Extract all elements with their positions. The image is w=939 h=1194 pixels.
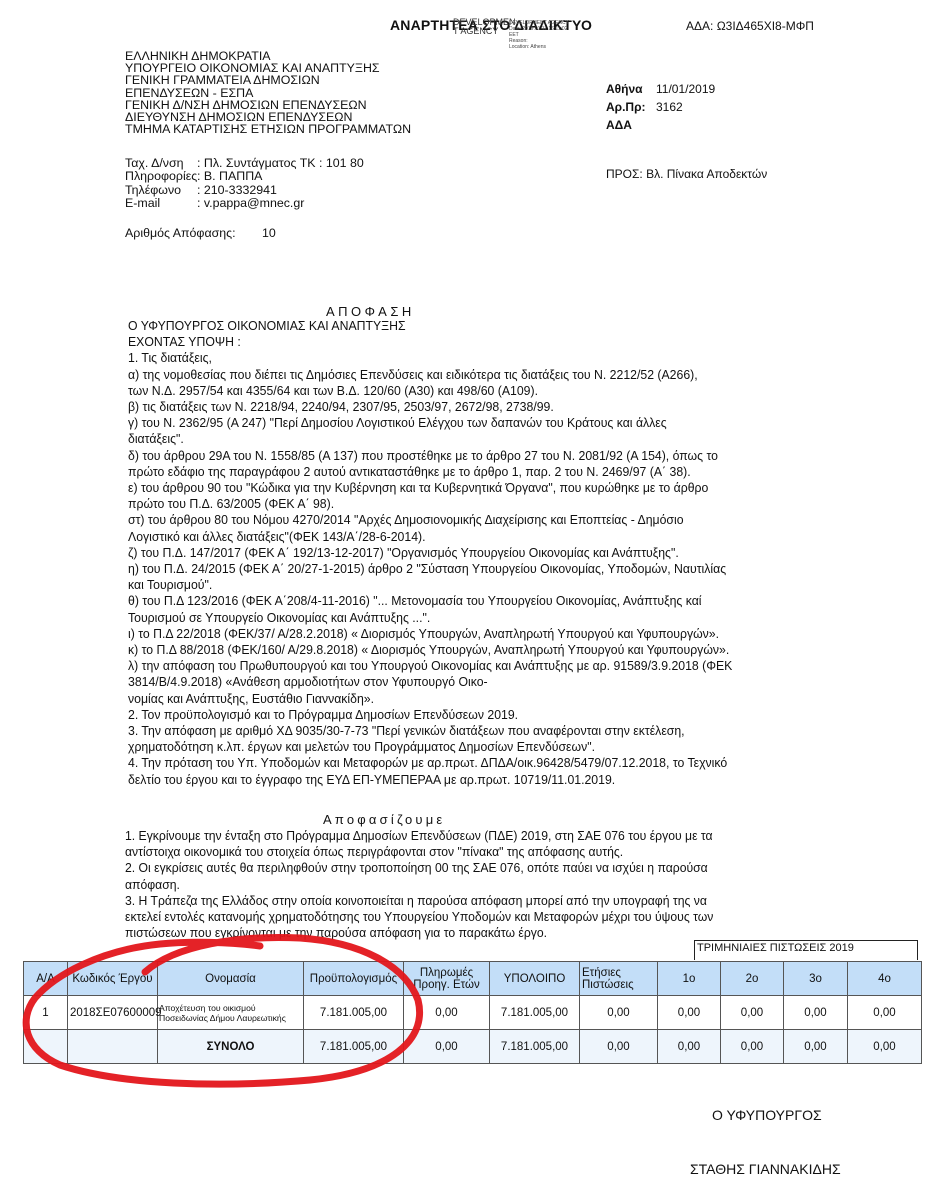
- total-cell: 7.181.005,00: [490, 1030, 580, 1064]
- table-cell: 2018ΣΕ07600009: [68, 996, 158, 1030]
- project-financial-table: Α/ΑΚωδικός ΈργουΟνομασίαΠροϋπολογισμόςΠλ…: [23, 961, 922, 1064]
- city-label: Αθήνα: [606, 80, 652, 98]
- body-line: Τουρισμού σε Υπουργείο Οικονομίας και Αν…: [128, 610, 818, 626]
- contact-block: Ταχ. Δ/νση: Πλ. Συντάγματος ΤΚ : 101 80 …: [125, 157, 364, 211]
- decision-number: Αριθμός Απόφασης: 10: [125, 226, 276, 240]
- column-header: Ετήσιες Πιστώσεις: [580, 962, 658, 996]
- body-line: ι) το Π.Δ 22/2018 (ΦΕΚ/37/ Α/28.2.2018) …: [128, 626, 818, 642]
- total-cell: 7.181.005,00: [304, 1030, 404, 1064]
- decisions-text: 1. Εγκρίνουμε την ένταξη στο Πρόγραμμα Δ…: [125, 828, 865, 941]
- body-line: γ) του Ν. 2362/95 (Α 247) "Περί Δημοσίου…: [128, 415, 818, 431]
- total-cell: [68, 1030, 158, 1064]
- body-line: των Ν.Δ. 2957/54 και 4355/64 και των Β.Δ…: [128, 383, 818, 399]
- body-line: κ) το Π.Δ 88/2018 (ΦΕΚ/160/ Α/29.8.2018)…: [128, 642, 818, 658]
- body-line: 3814/Β/4.9.2018) «Ανάθεση αρμοδιοτήτων σ…: [128, 674, 818, 690]
- table-cell: 1: [24, 996, 68, 1030]
- considerations-text: Ο ΥΦΥΠΟΥΡΓΟΣ ΟΙΚΟΝΟΜΙΑΣ ΚΑΙ ΑΝΑΠΤΥΞΗΣ ΕΧ…: [128, 318, 818, 788]
- column-header: 1ο: [658, 962, 721, 996]
- body-line: πρώτο του Π.Δ. 63/2005 (ΦΕΚ Α΄ 98).: [128, 496, 818, 512]
- info-person: : Β. ΠΑΠΠΑ: [197, 170, 262, 183]
- table-cell: 0,00: [784, 996, 848, 1030]
- column-header: ΥΠΟΛΟΙΠΟ: [490, 962, 580, 996]
- table-cell: 0,00: [580, 996, 658, 1030]
- body-line: Λογιστικό και άλλες διατάξεις"(ΦΕΚ 143/Α…: [128, 529, 818, 545]
- org-line: ΓΕΝΙΚΗ ΓΡΑΜΜΑΤΕΙΑ ΔΗΜΟΣΙΩΝ: [125, 74, 411, 86]
- signatory-title: Ο ΥΦΥΠΟΥΡΓΟΣ: [712, 1107, 822, 1123]
- body-line: Ο ΥΦΥΠΟΥΡΓΟΣ ΟΙΚΟΝΟΜΙΑΣ ΚΑΙ ΑΝΑΠΤΥΞΗΣ: [128, 318, 818, 334]
- column-header: Ονομασία: [158, 962, 304, 996]
- we-decide-title: Αποφασίζουμε: [323, 812, 445, 827]
- table-cell: 7.181.005,00: [490, 996, 580, 1030]
- decision-line: 1. Εγκρίνουμε την ένταξη στο Πρόγραμμα Δ…: [125, 828, 865, 844]
- body-line: θ) του Π.Δ 123/2016 (ΦΕΚ Α΄208/4-11-2016…: [128, 593, 818, 609]
- table-cell: Αποχέτευση του οικισμού Ποσειδωνίας Δήμο…: [158, 996, 304, 1030]
- decision-line: αντίστοιχα οικονομικά του στοιχεία όπως …: [125, 844, 865, 860]
- digital-signature-details: DEVELOPMENT AGENCY Date: 2019.01.11 16:1…: [509, 20, 569, 50]
- table-cell: 0,00: [658, 996, 721, 1030]
- decision-line: 2. Οι εγκρίσεις αυτές θα περιληφθούν στη…: [125, 860, 865, 876]
- ada-code: ΑΔΑ: Ω3ΙΔ465ΧΙ8-ΜΦΠ: [686, 19, 814, 33]
- phone: : 210-3332941: [197, 184, 277, 197]
- total-cell: 0,00: [784, 1030, 848, 1064]
- protocol-number: 3162: [656, 98, 683, 116]
- quarterly-credits-caption: ΤΡΙΜΗΝΙΑΙΕΣ ΠΙΣΤΩΣΕΙΣ 2019: [694, 940, 918, 960]
- decision-line: απόφαση.: [125, 877, 865, 893]
- digital-signature-stamp: DEVELOPMEN T AGENCY: [453, 18, 516, 36]
- body-line: 4. Την πρόταση του Υπ. Υποδομών και Μετα…: [128, 755, 818, 771]
- body-line: 2. Τον προϋπολογισμό και το Πρόγραμμα Δη…: [128, 707, 818, 723]
- body-line: ε) του άρθρου 90 του "Κώδικα για την Κυβ…: [128, 480, 818, 496]
- column-header: Πληρωμές Προηγ. Ετών: [404, 962, 490, 996]
- signatory-name: ΣΤΑΘΗΣ ΓΙΑΝΝΑΚΙΔΗΣ: [690, 1161, 841, 1177]
- org-line: ΤΜΗΜΑ ΚΑΤΑΡΤΙΣΗΣ ΕΤΗΣΙΩΝ ΠΡΟΓΡΑΜΜΑΤΩΝ: [125, 123, 411, 135]
- column-header: Α/Α: [24, 962, 68, 996]
- body-line: δελτίο του έργου και το έγγραφο της ΕΥΔ …: [128, 772, 818, 788]
- total-cell: ΣΥΝΟΛΟ: [158, 1030, 304, 1064]
- total-cell: 0,00: [580, 1030, 658, 1064]
- table-total-row: ΣΥΝΟΛΟ7.181.005,000,007.181.005,000,000,…: [24, 1030, 922, 1064]
- ada-label: ΑΔΑ: [606, 116, 652, 134]
- table-cell: 7.181.005,00: [304, 996, 404, 1030]
- body-line: χρηματοδότηση κ.λπ. έργων και μελετών το…: [128, 739, 818, 755]
- body-line: διατάξεις".: [128, 431, 818, 447]
- column-header: 2ο: [721, 962, 784, 996]
- body-line: και Τουρισμού".: [128, 577, 818, 593]
- table-cell: 0,00: [404, 996, 490, 1030]
- table-row: 12018ΣΕ07600009Αποχέτευση του οικισμού Π…: [24, 996, 922, 1030]
- column-header: Προϋπολογισμός: [304, 962, 404, 996]
- email: : v.pappa@mnec.gr: [197, 197, 304, 210]
- document-date: 11/01/2019: [656, 80, 715, 98]
- body-line: πρώτο εδάφιο της παραγράφου 2 αυτού αντι…: [128, 464, 818, 480]
- body-line: α) της νομοθεσίας που διέπει τις Δημόσιε…: [128, 367, 818, 383]
- decision-line: πιστώσεων που εγκρίνονται με την παρούσα…: [125, 925, 865, 941]
- address: : Πλ. Συντάγματος ΤΚ : 101 80: [197, 157, 364, 170]
- org-line: ΕΠΕΝΔΥΣΕΩΝ - ΕΣΠΑ: [125, 87, 411, 99]
- decision-line: 3. Η Τράπεζα της Ελλάδος στην οποία κοιν…: [125, 893, 865, 909]
- column-header: 4ο: [848, 962, 922, 996]
- document-meta: Αθήνα11/01/2019 Αρ.Πρ:3162 ΑΔΑ: [606, 80, 715, 134]
- total-cell: 0,00: [721, 1030, 784, 1064]
- body-line: ΕΧΟΝΤΑΣ ΥΠΟΨΗ :: [128, 334, 818, 350]
- body-line: νομίας και Ανάπτυξης, Ευστάθιο Γιαννακίδ…: [128, 691, 818, 707]
- body-line: λ) την απόφαση του Πρωθυπουργού και του …: [128, 658, 818, 674]
- body-line: στ) του άρθρου 80 του Νόμου 4270/2014 "Α…: [128, 512, 818, 528]
- decision-line: εκτελεί εντολές κατανομής χρηματοδότησης…: [125, 909, 865, 925]
- body-line: β) τις διατάξεις των Ν. 2218/94, 2240/94…: [128, 399, 818, 415]
- decision-title: ΑΠΟΦΑΣΗ: [326, 304, 415, 319]
- total-cell: 0,00: [404, 1030, 490, 1064]
- table-cell: 0,00: [848, 996, 922, 1030]
- body-line: 3. Την απόφαση με αριθμό ΧΔ 9035/30-7-73…: [128, 723, 818, 739]
- body-line: 1. Τις διατάξεις,: [128, 350, 818, 366]
- total-cell: [24, 1030, 68, 1064]
- column-header: Κωδικός Έργου: [68, 962, 158, 996]
- body-line: δ) του άρθρου 29Α του Ν. 1558/85 (Α 137)…: [128, 448, 818, 464]
- body-line: η) του Π.Δ. 24/2015 (ΦΕΚ Α΄ 20/27-1-2015…: [128, 561, 818, 577]
- table-header-row: Α/ΑΚωδικός ΈργουΟνομασίαΠροϋπολογισμόςΠλ…: [24, 962, 922, 996]
- protocol-label: Αρ.Πρ:: [606, 98, 652, 116]
- recipient: ΠΡΟΣ: Βλ. Πίνακα Αποδεκτών: [606, 167, 767, 181]
- body-line: ζ) του Π.Δ. 147/2017 (ΦΕΚ Α΄ 192/13-12-2…: [128, 545, 818, 561]
- column-header: 3ο: [784, 962, 848, 996]
- total-cell: 0,00: [848, 1030, 922, 1064]
- total-cell: 0,00: [658, 1030, 721, 1064]
- organization-block: ΕΛΛΗΝΙΚΗ ΔΗΜΟΚΡΑΤΙΑ ΥΠΟΥΡΓΕΙΟ ΟΙΚΟΝΟΜΙΑΣ…: [125, 50, 411, 135]
- table-cell: 0,00: [721, 996, 784, 1030]
